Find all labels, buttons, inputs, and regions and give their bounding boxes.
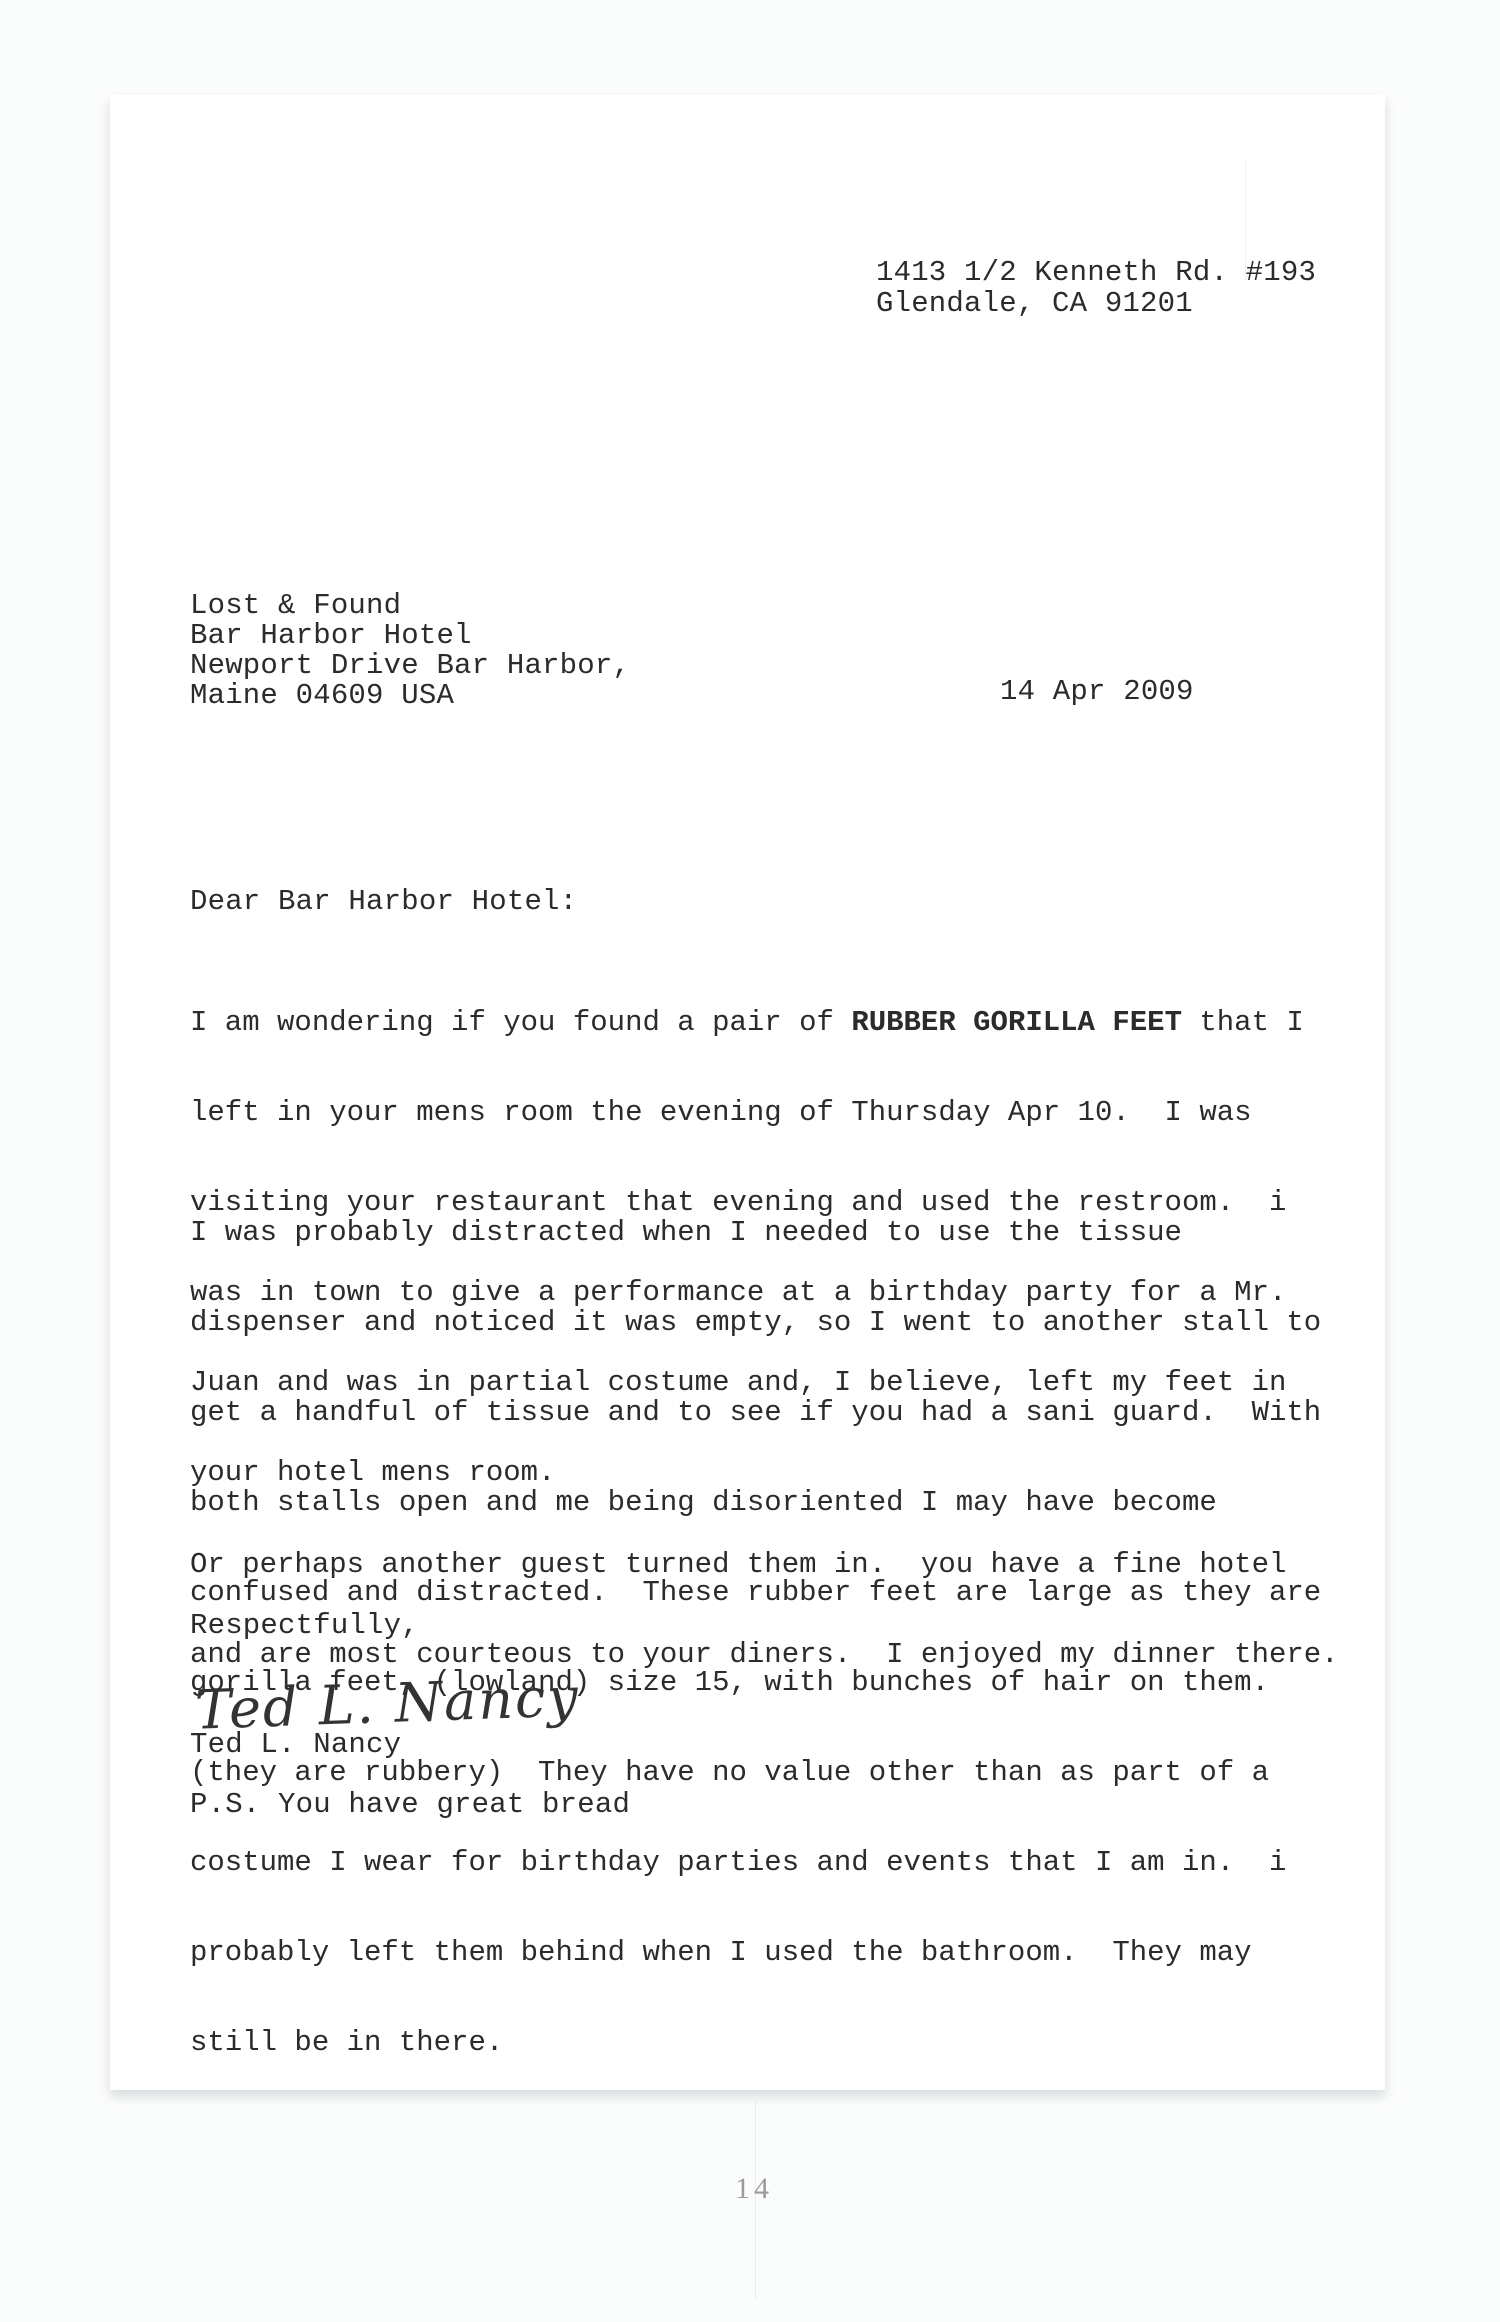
recipient-address-line-3: Newport Drive Bar Harbor, — [190, 651, 630, 681]
signer-name: Ted L. Nancy — [190, 1730, 401, 1760]
paragraph-line: and are most courteous to your diners. I… — [190, 1640, 1339, 1670]
closing: Respectfully, — [190, 1611, 419, 1641]
recipient-address-line-1: Lost & Found — [190, 591, 401, 621]
paragraph-line: left in your mens room the evening of Th… — [190, 1098, 1304, 1128]
recipient-address-line-2: Bar Harbor Hotel — [190, 621, 472, 651]
paragraph-line: still be in there. — [190, 2028, 1321, 2058]
sender-address-line-1: 1413 1/2 Kenneth Rd. #193 — [876, 258, 1316, 288]
letter-date: 14 Apr 2009 — [1000, 677, 1194, 707]
paragraph-3: Or perhaps another guest turned them in.… — [190, 1490, 1339, 1700]
paragraph-line: get a handful of tissue and to see if yo… — [190, 1398, 1321, 1428]
paragraph-line: dispenser and noticed it was empty, so I… — [190, 1308, 1321, 1338]
paragraph-line: probably left them behind when I used th… — [190, 1938, 1321, 1968]
salutation: Dear Bar Harbor Hotel: — [190, 887, 577, 917]
paragraph-line: (they are rubbery) They have no value ot… — [190, 1758, 1321, 1788]
emphasized-phrase: RUBBER GORILLA FEET — [851, 1006, 1182, 1039]
page-number: 14 — [735, 2172, 773, 2206]
paragraph-line: Or perhaps another guest turned them in.… — [190, 1550, 1339, 1580]
sender-address-line-2: Glendale, CA 91201 — [876, 289, 1193, 319]
recipient-address-line-4: Maine 04609 USA — [190, 681, 454, 711]
postscript: P.S. You have great bread — [190, 1790, 630, 1820]
paragraph-line: I was probably distracted when I needed … — [190, 1218, 1321, 1248]
paragraph-line: costume I wear for birthday parties and … — [190, 1848, 1321, 1878]
paragraph-line: I am wondering if you found a pair of RU… — [190, 1008, 1304, 1038]
